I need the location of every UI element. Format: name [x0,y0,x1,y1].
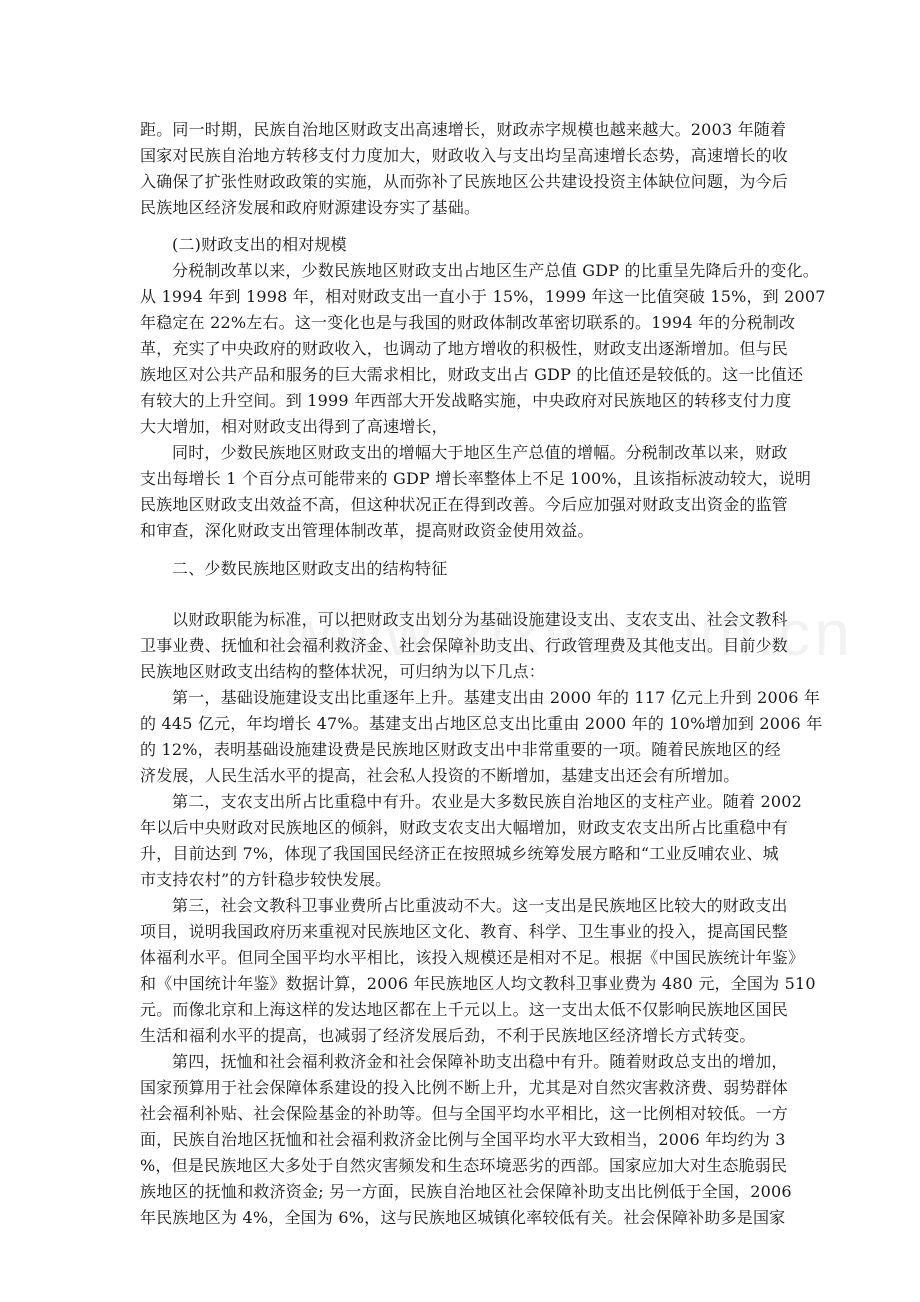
text-line: 国家对民族自治地方转移支付力度加大，财政收入与支出均呈高速增长态势，高速增长的收 [140,143,780,169]
text-line: 第二，支农支出所占比重稳中有升。农业是大多数民族自治地区的支柱产业。随着 200… [172,789,780,815]
text-line: 距。同一时期，民族自治地区财政支出高速增长，财政赤字规模也越来越大。2003 年… [140,117,780,143]
text-line: 以财政职能为标准，可以把财政支出划分为基础设施建设支出、支农支出、社会文教科 [172,607,780,633]
text-line: 分税制改革以来，少数民族地区财政支出占地区生产总值 GDP 的比重呈先降后升的变… [172,258,780,284]
text-line: 从 1994 年到 1998 年，相对财政支出一直小于 15%，1999 年这一… [140,284,780,310]
text-line: 民族地区经济发展和政府财源建设夯实了基础。 [140,195,780,221]
text-line: 升，目前达到 7%，体现了我国国民经济正在按照城乡统筹发展方略和“工业反哺农业、… [140,841,780,867]
text-line: 的 12%，表明基础设施建设费是民族地区财政支出中非常重要的一项。随着民族地区的… [140,737,780,763]
text-line: (二)财政支出的相对规模 [172,232,780,258]
text-line: 民族地区财政支出结构的整体状况，可归纳为以下几点： [140,659,780,685]
text-line: 年稳定在 22%左右。这一变化也是与我国的财政体制改革密切联系的。1994 年的… [140,310,780,336]
text-line: 和《中国统计年鉴》数据计算，2006 年民族地区人均文教科卫事业费为 480 元… [140,971,780,997]
text-line: 面，民族自治地区抚恤和社会福利救济金比例与全国平均水平大致相当，2006 年均约… [140,1127,780,1153]
text-line: 族地区对公共产品和服务的巨大需求相比，财政支出占 GDP 的比值还是较低的。这一… [140,362,780,388]
text-line: 年民族地区为 4%，全国为 6%，这与民族地区城镇化率较低有关。社会保障补助多是… [140,1205,780,1231]
text-line: 第四，抚恤和社会福利救济金和社会保障补助支出稳中有升。随着财政总支出的增加， [172,1049,780,1075]
text-line: 同时，少数民族地区财政支出的增幅大于地区生产总值的增幅。分税制改革以来，财政 [172,440,780,466]
text-line: 大大增加，相对财政支出得到了高速增长， [140,414,780,440]
text-line: %，但是民族地区大多处于自然灾害频发和生态环境恶劣的西部。国家应加大对生态脆弱民 [140,1153,780,1179]
text-line: 革，充实了中央政府的财政收入，也调动了地方增收的积极性，财政支出逐渐增加。但与民 [140,336,780,362]
text-line: 年以后中央财政对民族地区的倾斜，财政支农支出大幅增加，财政支农支出所占比重稳中有 [140,815,780,841]
text-line: 族地区的抚恤和救济资金; 另一方面，民族自治地区社会保障补助支出比例低于全国，2… [140,1179,780,1205]
text-line: 国家预算用于社会保障体系建设的投入比例不断上升，尤其是对自然灾害救济费、弱势群体 [140,1075,780,1101]
text-line: 有较大的上升空间。到 1999 年西部大开发战略实施，中央政府对民族地区的转移支… [140,388,780,414]
text-line: 体福利水平。但同全国平均水平相比，该投入规模还是相对不足。根据《中国民族统计年鉴… [140,945,780,971]
text-line: 济发展，人民生活水平的提高，社会私人投资的不断增加，基建支出还会有所增加。 [140,763,780,789]
text-line: 元。而像北京和上海这样的发达地区都在上千元以上。这一支出太低不仅影响民族地区国民 [140,997,780,1023]
text-line: 入确保了扩张性财政政策的实施，从而弥补了民族地区公共建设投资主体缺位问题，为今后 [140,169,780,195]
text-line: 项目，说明我国政府历来重视对民族地区文化、教育、科学、卫生事业的投入，提高国民整 [140,919,780,945]
text-line: 社会福利补贴、社会保险基金的补助等。但与全国平均水平相比，这一比例相对较低。一方 [140,1101,780,1127]
text-line: 民族地区财政支出效益不高，但这种状况正在得到改善。今后应加强对财政支出资金的监管 [140,492,780,518]
text-line: 的 445 亿元，年均增长 47%。基建支出占地区总支出比重由 2000 年的 … [140,711,780,737]
text-line: 二、少数民族地区财政支出的结构特征 [172,556,780,582]
text-line: 卫事业费、抚恤和社会福利救济金、社会保障补助支出、行政管理费及其他支出。目前少数 [140,633,780,659]
text-line: 第三，社会文教科卫事业费所占比重波动不大。这一支出是民族地区比较大的财政支出 [172,893,780,919]
text-line: 市支持农村”的方针稳步较快发展。 [140,867,780,893]
text-line: 生活和福利水平的提高，也减弱了经济发展后劲，不利于民族地区经济增长方式转变。 [140,1023,780,1049]
text-line: 和审查，深化财政支出管理体制改革，提高财政资金使用效益。 [140,518,780,544]
text-line: 第一，基础设施建设支出比重逐年上升。基建支出由 2000 年的 117 亿元上升… [172,685,780,711]
text-line: 支出每增长 1 个百分点可能带来的 GDP 增长率整体上不足 100%，且该指标… [140,466,780,492]
document-page: www.zixin.com.cn 距。同一时期，民族自治地区财政支出高速增长，财… [0,0,920,1302]
